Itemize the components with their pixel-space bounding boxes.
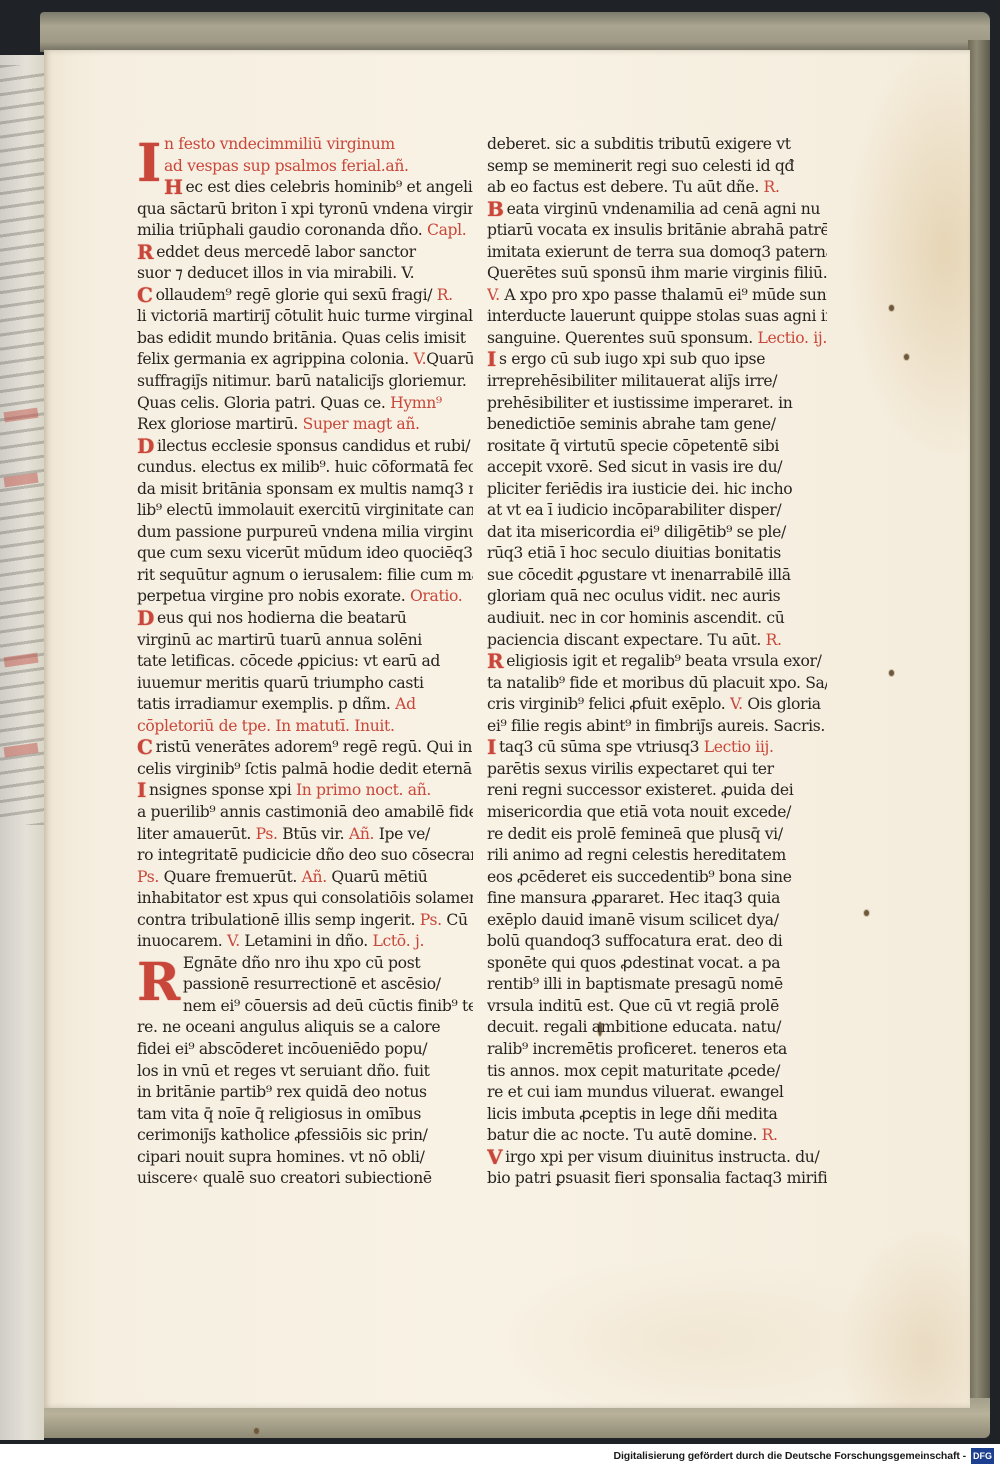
body-text: qua sāctarū briton ī xpi tyronū vndena v… <box>137 200 473 218</box>
rubricated-initial: C <box>137 737 153 758</box>
text-line: ab eo factus est debere. Tu aūt dñe. R. <box>487 177 827 199</box>
body-text: licis imbuta ꝓceptis in lege dñi medita <box>487 1105 777 1123</box>
body-text: ristū venerātes adorem⁹ regē regū. Qui i… <box>156 738 473 756</box>
body-text: cipari nouit supra homines. vt nō obli/ <box>137 1148 425 1166</box>
text-line: batur die ac nocte. Tu autē domine. R. <box>487 1125 827 1147</box>
text-line: sue cōcedit ꝓgustare vt inenarrabilē ill… <box>487 565 827 587</box>
body-text: bio patri ꝑsuasit fieri sponsalia factaq… <box>487 1169 827 1187</box>
text-line: ta natalib⁹ fide et moribus dū placuit x… <box>487 673 827 695</box>
text-line: suffragiȷ̄s nitimur. barū nataliciȷ̄s gl… <box>137 371 473 393</box>
body-text: eos ꝓcēderet eis succedentib⁹ bona sine <box>487 868 792 886</box>
body-text: tam vita q̄ noīe q̄ religiosus in omībus <box>137 1105 421 1123</box>
text-line: Collaudem⁹ regē glorie qui sexū fragi/ R… <box>137 285 473 307</box>
dfg-logo-icon: DFG <box>971 1448 994 1464</box>
rubric-text: cōpletoriū de tpe. In matutī. Inuit. <box>137 717 395 735</box>
body-text: A xpo pro xpo passe thalamū ei⁹ mūde sun… <box>500 286 827 304</box>
text-line: REgnāte dño nro ihu xpo cū post <box>137 953 473 975</box>
body-text: Quarū mētiū <box>327 868 428 886</box>
rubric-text: In primo noct. añ. <box>296 781 431 799</box>
text-line: benedictiōe seminis abrahe tam gene/ <box>487 414 827 436</box>
text-line: V. A xpo pro xpo passe thalamū ei⁹ mūde … <box>487 285 827 307</box>
rubricated-initial: B <box>487 199 504 220</box>
text-line: cris virginib⁹ felici ꝓfuit exēplo. V. O… <box>487 694 827 716</box>
body-text: taq3 cū sūma spe vtriusq3 <box>499 738 704 756</box>
body-text: misericordia que etiā vota nouit excede/ <box>487 803 791 821</box>
text-line: exēplo dauid imanē visum scilicet dya/ <box>487 910 827 932</box>
body-text: nem ei⁹ cōuersis ad deū cūctis finib⁹ te… <box>183 997 473 1015</box>
text-line: In festo vndecimmiliū virginum <box>137 134 473 156</box>
rubric-text: ad vespas sup psalmos ferial.añ. <box>164 157 409 175</box>
body-text: bas edidit mundo britānia. Quas celis im… <box>137 329 466 347</box>
body-text: Ois gloria <box>743 695 821 713</box>
text-line: passionē resurrectionē et ascēsio/ <box>183 974 473 996</box>
rubric-text: V. <box>227 932 240 950</box>
text-line: rūq3 etiā ī hoc seculo diuitias bonitati… <box>487 543 827 565</box>
text-line: nem ei⁹ cōuersis ad deū cūctis finib⁹ te… <box>183 996 473 1018</box>
body-text: Quas celis. Gloria patri. Quas ce. <box>137 394 390 412</box>
body-text: Quare fremuerūt. <box>159 868 302 886</box>
text-line: bas edidit mundo britānia. Quas celis im… <box>137 328 473 350</box>
rubricated-initial: V <box>487 1147 502 1168</box>
text-line: dat ita misericordia ei⁹ diligētib⁹ se p… <box>487 522 827 544</box>
rubricated-initial: C <box>137 285 153 306</box>
body-text: re dedit eis prolē femineā que plusq̄ vi… <box>487 825 783 843</box>
body-text: ab eo factus est debere. Tu aūt dñe. <box>487 178 764 196</box>
text-line: re et cui iam mundus viluerat. ewangel <box>487 1082 827 1104</box>
text-line: rentib⁹ illi in baptismate presagū nomē <box>487 974 827 996</box>
text-line: Dilectus ecclesie sponsus candidus et ru… <box>137 436 473 458</box>
wormhole <box>889 305 894 311</box>
text-line: Hec est dies celebris hominib⁹ et angeli… <box>164 177 473 199</box>
text-line: cipari nouit supra homines. vt nō obli/ <box>137 1147 473 1169</box>
rubric-text: Añ. <box>349 825 374 843</box>
body-text: dat ita misericordia ei⁹ diligētib⁹ se p… <box>487 523 786 541</box>
body-text: in britānie partib⁹ rex quidā deo notus <box>137 1083 427 1101</box>
body-text: da misit britānia sponsam ex multis namq… <box>137 480 473 498</box>
text-line: virginū ac martirū tuarū annua solēni <box>137 630 473 652</box>
text-line: iuuemur meritis quarū triumpho casti <box>137 673 473 695</box>
body-text: sue cōcedit ꝓgustare vt inenarrabilē ill… <box>487 566 791 584</box>
text-line: re. ne oceani angulus aliquis se a calor… <box>137 1017 473 1039</box>
text-line: semp se meminerit regi suo celesti id qđ <box>487 156 827 178</box>
text-line: ad vespas sup psalmos ferial.añ. <box>164 156 473 178</box>
body-text: ei⁹ filie regis abint⁹ in fimbriȷ̄s aure… <box>487 717 825 735</box>
text-line: interducte lauerunt quippe stolas suas a… <box>487 306 827 328</box>
text-line: rit sequūtur agnum o ierusalem: filie cu… <box>137 565 473 587</box>
body-text: cundus. electus ex milib⁹. huic cōformat… <box>137 458 473 476</box>
text-line: ro integritatē pudicicie dño deo suo cōs… <box>137 845 473 867</box>
body-text: dum passione purpureū vndena milia virgi… <box>137 523 473 541</box>
text-line: fine mansura ꝓpararet. Hec itaq3 quia <box>487 888 827 910</box>
rubricated-initial: R <box>137 953 180 1015</box>
text-line: tatis irradiamur exemplis. p dñm. Ad <box>137 694 473 716</box>
rubric-text: R. <box>762 1126 778 1144</box>
body-text: inuocarem. <box>137 932 227 950</box>
body-text: suor ⁊ deducet illos in via mirabili. <box>137 264 401 282</box>
text-line: inuocarem. V. Letamini in dño. Lctō. j. <box>137 931 473 953</box>
body-text: liter amauerūt. <box>137 825 256 843</box>
wormhole <box>864 910 869 916</box>
text-line: Religiosis igit et regalib⁹ beata vrsula… <box>487 651 827 673</box>
body-text: cerimoniȷ̄s katholice ꝓfessiōis sic prin… <box>137 1126 428 1144</box>
rubricated-initial: H <box>164 177 183 198</box>
text-column-left: In festo vndecimmiliū virginumad vespas … <box>137 134 473 1190</box>
binding-board-right <box>968 40 990 1420</box>
body-text: Cū <box>442 911 468 929</box>
text-line: a puerilib⁹ annis castimoniā deo amabilē… <box>137 802 473 824</box>
text-line: contra tribulationē illis semp ingerit. … <box>137 910 473 932</box>
body-text: perpetua virgine pro nobis exorate. <box>137 587 410 605</box>
body-text: sponēte qui quos ꝓdestinat vocat. a pa <box>487 954 780 972</box>
text-line: in britānie partib⁹ rex quidā deo notus <box>137 1082 473 1104</box>
text-line: celis virginib⁹ ſctis palmā hodie dedit … <box>137 759 473 781</box>
text-line: bio patri ꝑsuasit fieri sponsalia factaq… <box>487 1168 827 1190</box>
body-text: prehēsibiliter et iustissime imperaret. … <box>487 394 792 412</box>
body-text: ec est dies celebris hominib⁹ et angelis… <box>186 178 473 196</box>
body-text: Rex gloriose martirū. <box>137 415 303 433</box>
body-text: sanguine. Querentes suū sponsum. <box>487 329 757 347</box>
body-text: eata virginū vndenamilia ad cenā agni nu <box>507 200 821 218</box>
body-text: uiscere‹ qualē suo creatori subiectionē <box>137 1169 432 1187</box>
text-line: uiscere‹ qualē suo creatori subiectionē <box>137 1168 473 1190</box>
body-text: ro integritatē pudicicie dño deo suo cōs… <box>137 846 473 864</box>
body-text: eus qui nos hodierna die beatarū <box>157 609 407 627</box>
rubric-text: V. <box>414 350 427 368</box>
text-line: at vt ea ī iudicio incōparabiliter dispe… <box>487 500 827 522</box>
body-text: fidei ei⁹ abscōderet incōueniēdo popu/ <box>137 1040 427 1058</box>
text-line: Deus qui nos hodierna die beatarū <box>137 608 473 630</box>
rubric-text: Lectio. ij. <box>757 329 827 347</box>
rubric-text: R. <box>764 178 780 196</box>
rubric-text: n festo vndecimmiliū virginum <box>164 135 395 153</box>
body-text: tate letificas. cōcede ꝓpicius: vt earū … <box>137 652 440 670</box>
text-line: Ps. Quare fremuerūt. Añ. Quarū mētiū <box>137 867 473 889</box>
body-text: at vt ea ī iudicio incōparabiliter dispe… <box>487 501 781 519</box>
text-line: felix germania ex agrippina colonia. V.Q… <box>137 349 473 371</box>
body-text: audiuit. nec in cor hominis ascendit. cū <box>487 609 784 627</box>
body-text: tis annos. mox cepit maturitate ꝓcede/ <box>487 1062 780 1080</box>
text-line: Querētes suū sponsū ihm marie virginis f… <box>487 263 827 285</box>
text-line: paciencia discant expectare. Tu aūt. R. <box>487 630 827 652</box>
body-text: benedictiōe seminis abrahe tam gene/ <box>487 415 776 433</box>
body-text: tatis irradiamur exemplis. p dñm. <box>137 695 395 713</box>
body-text: imitata exierunt de terra sua domoq3 pat… <box>487 243 827 261</box>
body-text: decuit. regali ambitione educata. natu/ <box>487 1018 781 1036</box>
text-line: Virgo xpi per visum diuinitus instructa.… <box>487 1147 827 1169</box>
body-text: suffragiȷ̄s nitimur. barū nataliciȷ̄s gl… <box>137 372 466 390</box>
text-line: Rex gloriose martirū. Super magt añ. <box>137 414 473 436</box>
body-text: accepit vxorē. Sed sicut in vasis ire du… <box>487 458 782 476</box>
text-line: deberet. sic a subditis tributū exigere … <box>487 134 827 156</box>
rubricated-initial: R <box>487 651 503 672</box>
text-line: gloriam quā nec oculus vidit. nec auris <box>487 586 827 608</box>
text-line: imitata exierunt de terra sua domoq3 pat… <box>487 242 827 264</box>
body-text: rentib⁹ illi in baptismate presagū nomē <box>487 975 783 993</box>
text-line: qua sāctarū briton ī xpi tyronū vndena v… <box>137 199 473 221</box>
text-line: bolū quandoq3 suffocatura erat. deo di <box>487 931 827 953</box>
body-text: iuuemur meritis quarū triumpho casti <box>137 674 424 692</box>
rubricated-initial: I <box>487 737 496 758</box>
text-line: milia triūphali gaudio coronanda dño. Ca… <box>137 220 473 242</box>
text-line: Reddet deus mercedē labor sanctor <box>137 242 473 264</box>
text-line: prehēsibiliter et iustissime imperaret. … <box>487 393 827 415</box>
body-text: contra tribulationē illis semp ingerit. <box>137 911 420 929</box>
rubric-text: Ad <box>395 695 416 713</box>
body-text: que cum sexu vicerūt mūdum ideo quociēq3… <box>137 544 473 562</box>
body-text: Quarū <box>426 350 473 368</box>
wormhole <box>889 670 894 676</box>
text-line: tate letificas. cōcede ꝓpicius: vt earū … <box>137 651 473 673</box>
wormhole <box>904 354 909 360</box>
text-line: Beata virginū vndenamilia ad cenā agni n… <box>487 199 827 221</box>
body-text: exēplo dauid imanē visum scilicet dya/ <box>487 911 779 929</box>
text-line: sanguine. Querentes suū sponsum. Lectio.… <box>487 328 827 350</box>
text-line: da misit britānia sponsam ex multis namq… <box>137 479 473 501</box>
rubric-text: R. <box>437 286 453 304</box>
text-line: eos ꝓcēderet eis succedentib⁹ bona sine <box>487 867 827 889</box>
text-line: rili animo ad regni celestis hereditatem <box>487 845 827 867</box>
rubric-text: Ps. <box>420 911 442 929</box>
body-text: re. ne oceani angulus aliquis se a calor… <box>137 1018 440 1036</box>
body-text: li victoriā martiriȷ̄ cōtulit huic turme… <box>137 307 473 325</box>
body-text: cris virginib⁹ felici ꝓfuit exēplo. <box>487 695 730 713</box>
text-line: licis imbuta ꝓceptis in lege dñi medita <box>487 1104 827 1126</box>
body-text: celis virginib⁹ ſctis palmā hodie dedit … <box>137 760 473 778</box>
binding-board-top <box>40 12 990 52</box>
text-line: accepit vxorē. Sed sicut in vasis ire du… <box>487 457 827 479</box>
body-text: los in vnū et reges vt seruiant dño. fui… <box>137 1062 430 1080</box>
text-line: rositate q̄ virtutū specie cōpetentē sib… <box>487 436 827 458</box>
text-line: Itaq3 cū sūma spe vtriusq3 Lectio iij. <box>487 737 827 759</box>
body-text: Letamini in dño. <box>240 932 373 950</box>
body-text: interducte lauerunt quippe stolas suas a… <box>487 307 827 325</box>
body-text: fine mansura ꝓpararet. Hec itaq3 quia <box>487 889 780 907</box>
body-text: Btūs vir. <box>278 825 349 843</box>
text-line: misericordia que etiā vota nouit excede/ <box>487 802 827 824</box>
rubric-text: Lectio iij. <box>704 738 774 756</box>
body-text: parētis sexus virilis expectaret qui ter <box>487 760 774 778</box>
body-text: milia triūphali gaudio coronanda dño. <box>137 221 427 239</box>
rubricated-initial: I <box>137 780 146 801</box>
body-text: gloriam quā nec oculus vidit. nec auris <box>487 587 780 605</box>
body-text: Querētes suū sponsū ihm marie virginis f… <box>487 264 827 282</box>
body-text: felix germania ex agrippina colonia. <box>137 350 414 368</box>
text-line: Insignes sponse xpi In primo noct. añ. <box>137 780 473 802</box>
previous-leaf-edge <box>0 55 44 1440</box>
body-text: passionē resurrectionē et ascēsio/ <box>183 975 441 993</box>
body-text: ralib⁹ incremētis proficeret. teneros et… <box>487 1040 787 1058</box>
text-line: inhabitator est xpus qui consolatiōis so… <box>137 888 473 910</box>
text-column-right: deberet. sic a subditis tributū exigere … <box>487 134 827 1190</box>
text-line: cerimoniȷ̄s katholice ꝓfessiōis sic prin… <box>137 1125 473 1147</box>
rubric-text: Hymn⁹ <box>390 394 442 412</box>
body-text: s ergo cū sub iugo xpi sub quo ipse <box>499 350 765 368</box>
text-line: pliciter feriēdis ira iusticie dei. hic … <box>487 479 827 501</box>
body-text: nsignes sponse xpi <box>149 781 296 799</box>
rubric-text: V. <box>487 286 500 304</box>
text-line: fidei ei⁹ abscōderet incōueniēdo popu/ <box>137 1039 473 1061</box>
text-line: ptiarū vocata ex insulis britānie abrahā… <box>487 220 827 242</box>
wormhole <box>254 1428 259 1434</box>
text-line: decuit. regali ambitione educata. natu/ <box>487 1017 827 1039</box>
text-line: cundus. electus ex milib⁹. huic cōformat… <box>137 457 473 479</box>
body-text: virginū ac martirū tuarū annua solēni <box>137 631 422 649</box>
body-text: Egnāte dño nro ihu xpo cū post <box>183 954 420 972</box>
body-text: reni regni successor existeret. ꝓuida de… <box>487 781 793 799</box>
text-line: cōpletoriū de tpe. In matutī. Inuit. <box>137 716 473 738</box>
body-text: ilectus ecclesie sponsus candidus et rub… <box>157 437 470 455</box>
text-line: re dedit eis prolē femineā que plusq̄ vi… <box>487 824 827 846</box>
funding-credit: Digitalisierung gefördert durch die Deut… <box>614 1450 967 1462</box>
rubric-text: Oratio. <box>410 587 462 605</box>
body-text: bolū quandoq3 suffocatura erat. deo di <box>487 932 782 950</box>
rubric-text: R. <box>766 631 782 649</box>
digitization-footer: Digitalisierung gefördert durch die Deut… <box>0 1444 1000 1468</box>
text-line: ei⁹ filie regis abint⁹ in fimbriȷ̄s aure… <box>487 716 827 738</box>
body-text: semp se meminerit regi suo celesti id qđ <box>487 157 794 175</box>
text-line: los in vnū et reges vt seruiant dño. fui… <box>137 1061 473 1083</box>
show-through-text <box>0 65 44 825</box>
text-line: parētis sexus virilis expectaret qui ter <box>487 759 827 781</box>
rubric-text: Ps. <box>256 825 278 843</box>
body-text: eddet deus mercedē labor sanctor <box>156 243 416 261</box>
text-line: Cristū venerātes adorem⁹ regē regū. Qui … <box>137 737 473 759</box>
rubric-text: Añ. <box>302 868 327 886</box>
body-text: inhabitator est xpus qui consolatiōis so… <box>137 889 473 907</box>
text-line: audiuit. nec in cor hominis ascendit. cū <box>487 608 827 630</box>
rubric-text: Lctō. j. <box>372 932 424 950</box>
rubricated-initial: R <box>137 242 153 263</box>
body-text: lib⁹ electū immolauit exercitū virginita… <box>137 501 473 519</box>
rubric-text: V. <box>730 695 743 713</box>
text-line: sponēte qui quos ꝓdestinat vocat. a pa <box>487 953 827 975</box>
rubricated-initial: D <box>137 608 154 629</box>
body-text: V. <box>401 264 414 282</box>
rubricated-initial: D <box>137 436 154 457</box>
body-text: Ipe ve/ <box>374 825 430 843</box>
body-text: eligiosis igit et regalib⁹ beata vrsula … <box>506 652 821 670</box>
text-line: que cum sexu vicerūt mūdum ideo quociēq3… <box>137 543 473 565</box>
body-text: rositate q̄ virtutū specie cōpetentē sib… <box>487 437 779 455</box>
text-line: ralib⁹ incremētis proficeret. teneros et… <box>487 1039 827 1061</box>
text-line: lib⁹ electū immolauit exercitū virginita… <box>137 500 473 522</box>
text-line: Quas celis. Gloria patri. Quas ce. Hymn⁹ <box>137 393 473 415</box>
body-text: irreprehēsibiliter militauerat aliȷ̄s ir… <box>487 372 777 390</box>
text-line: tam vita q̄ noīe q̄ religiosus in omībus <box>137 1104 473 1126</box>
text-line: vrsula inditū est. Que cū vt regiā prolē <box>487 996 827 1018</box>
rubric-text: Capl. <box>427 221 466 239</box>
body-text: pliciter feriēdis ira iusticie dei. hic … <box>487 480 792 498</box>
text-line: dum passione purpureū vndena milia virgi… <box>137 522 473 544</box>
text-line: reni regni successor existeret. ꝓuida de… <box>487 780 827 802</box>
text-line: li victoriā martiriȷ̄ cōtulit huic turme… <box>137 306 473 328</box>
text-line: perpetua virgine pro nobis exorate. Orat… <box>137 586 473 608</box>
body-text: irgo xpi per visum diuinitus instructa. … <box>505 1148 819 1166</box>
text-line: tis annos. mox cepit maturitate ꝓcede/ <box>487 1061 827 1083</box>
body-text: rit sequūtur agnum o ierusalem: filie cu… <box>137 566 473 584</box>
body-text: rūq3 etiā ī hoc seculo diuitias bonitati… <box>487 544 781 562</box>
text-line: irreprehēsibiliter militauerat aliȷ̄s ir… <box>487 371 827 393</box>
text-line: suor ⁊ deducet illos in via mirabili. V. <box>137 263 473 285</box>
body-text: batur die ac nocte. Tu autē domine. <box>487 1126 762 1144</box>
rubricated-initial: I <box>487 349 496 370</box>
body-text: paciencia discant expectare. Tu aūt. <box>487 631 766 649</box>
body-text: ollaudem⁹ regē glorie qui sexū fragi/ <box>156 286 437 304</box>
rubric-text: Ps. <box>137 868 159 886</box>
body-text: a puerilib⁹ annis castimoniā deo amabilē… <box>137 803 473 821</box>
text-line: Is ergo cū sub iugo xpi sub quo ipse <box>487 349 827 371</box>
rubric-text: Super magt añ. <box>303 415 420 433</box>
body-text: rili animo ad regni celestis hereditatem <box>487 846 786 864</box>
rubricated-initial: I <box>137 134 161 196</box>
body-text: re et cui iam mundus viluerat. ewangel <box>487 1083 784 1101</box>
body-text: vrsula inditū est. Que cū vt regiā prolē <box>487 997 779 1015</box>
body-text: ta natalib⁹ fide et moribus dū placuit x… <box>487 674 827 692</box>
body-text: ptiarū vocata ex insulis britānie abrahā… <box>487 221 827 239</box>
text-line: liter amauerūt. Ps. Btūs vir. Añ. Ipe ve… <box>137 824 473 846</box>
body-text: deberet. sic a subditis tributū exigere … <box>487 135 791 153</box>
